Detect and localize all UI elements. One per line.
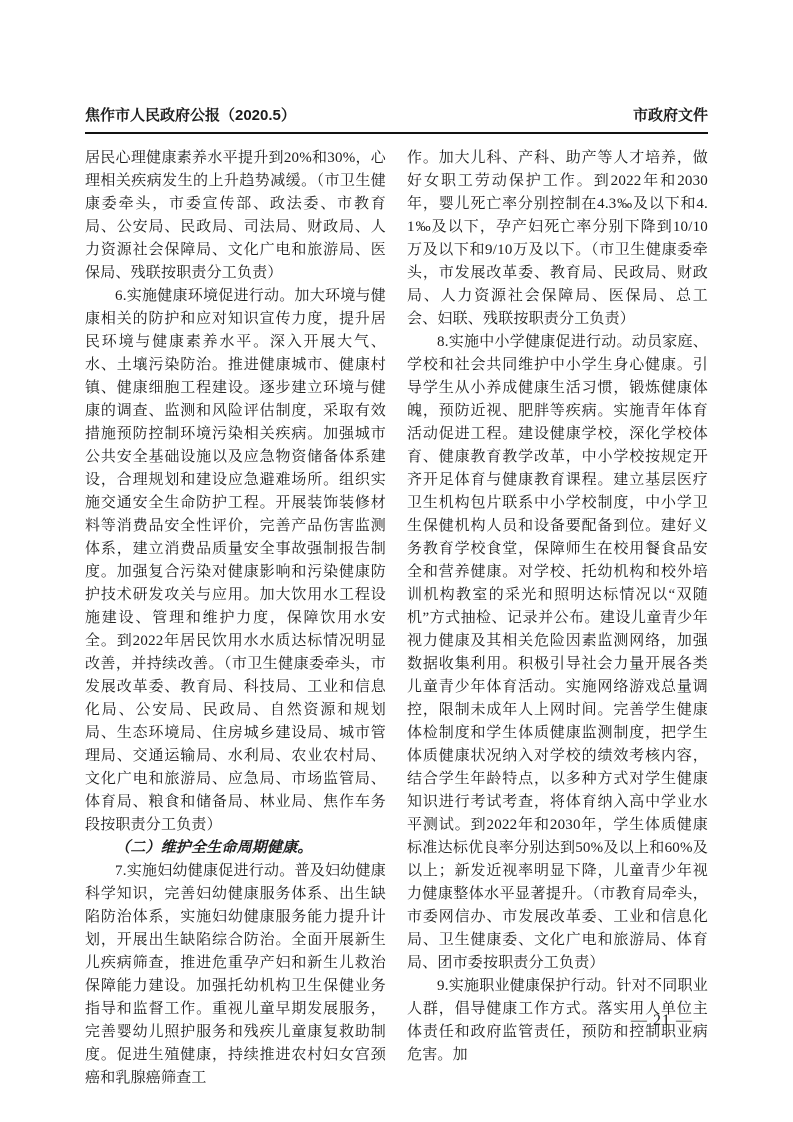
document-page: 焦作市人民政府公报（2020.5） 市政府文件 居民心理健康素养水平提升到20%… [0,0,793,1122]
paragraph-continuation: 居民心理健康素养水平提升到20%和30%，心理相关疾病发生的上升趋势减缓。（市卫… [85,147,386,285]
page-number: — 21 — [631,1012,693,1030]
section-heading: （二）维护全生命周期健康。 [85,837,386,860]
right-column: 作。加大儿科、产科、助产等人才培养，做好女职工劳动保护工作。到2022年和203… [407,147,708,1090]
paragraph-item-7: 7.实施妇幼健康促进行动。普及妇幼健康科学知识，完善妇幼健康服务体系、出生缺陷防… [85,860,386,1090]
left-column: 居民心理健康素养水平提升到20%和30%，心理相关疾病发生的上升趋势减缓。（市卫… [85,147,386,1090]
section-label: 市政府文件 [633,104,708,125]
two-column-body: 居民心理健康素养水平提升到20%和30%，心理相关疾病发生的上升趋势减缓。（市卫… [85,147,708,1090]
page-header: 焦作市人民政府公报（2020.5） 市政府文件 [85,104,708,134]
paragraph-continuation: 作。加大儿科、产科、助产等人才培养，做好女职工劳动保护工作。到2022年和203… [407,147,708,331]
paragraph-item-6: 6.实施健康环境促进行动。加大环境与健康相关的防护和应对知识宣传力度，提升居民环… [85,285,386,837]
paragraph-item-8: 8.实施中小学健康促进行动。动员家庭、学校和社会共同维护中小学生身心健康。引导学… [407,331,708,975]
gazette-title: 焦作市人民政府公报（2020.5） [85,104,296,125]
